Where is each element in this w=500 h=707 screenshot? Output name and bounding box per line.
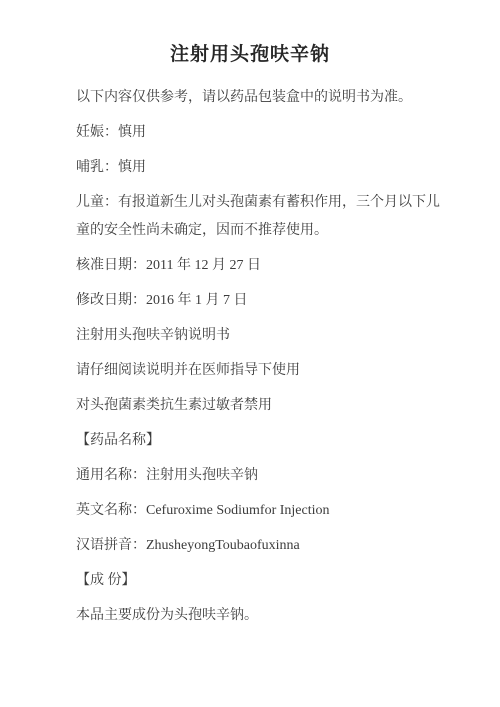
ingredients-text: 本品主要成份为头孢呋辛钠。 bbox=[76, 602, 444, 630]
lactation-note: 哺乳：慎用 bbox=[76, 154, 444, 182]
generic-name-line: 通用名称：注射用头孢呋辛钠 bbox=[76, 462, 444, 490]
children-note: 儿童：有报道新生儿对头孢菌素有蓄积作用，三个月以下儿童的安全性尚未确定，因而不推… bbox=[76, 189, 444, 245]
document-page: 注射用头孢呋辛钠 以下内容仅供参考，请以药品包装盒中的说明书为准。 妊娠：慎用 … bbox=[0, 0, 500, 707]
read-instruction-note: 请仔细阅读说明并在医师指导下使用 bbox=[76, 357, 444, 385]
disclaimer-line: 以下内容仅供参考，请以药品包装盒中的说明书为准。 bbox=[76, 84, 444, 112]
english-name-line: 英文名称：Cefuroxime Sodiumfor Injection bbox=[76, 497, 444, 525]
section-drug-name: 【药品名称】 bbox=[76, 427, 444, 455]
page-title: 注射用头孢呋辛钠 bbox=[0, 0, 500, 68]
revision-date: 修改日期：2016 年 1 月 7 日 bbox=[76, 287, 444, 315]
pregnancy-note: 妊娠：慎用 bbox=[76, 119, 444, 147]
pinyin-name-line: 汉语拼音：ZhusheyongToubaofuxinna bbox=[76, 532, 444, 560]
allergy-warning: 对头孢菌素类抗生素过敏者禁用 bbox=[76, 392, 444, 420]
approval-date: 核准日期：2011 年 12 月 27 日 bbox=[76, 252, 444, 280]
section-ingredients: 【成 份】 bbox=[76, 567, 444, 595]
insert-title-line: 注射用头孢呋辛钠说明书 bbox=[76, 322, 444, 350]
document-body: 以下内容仅供参考，请以药品包装盒中的说明书为准。 妊娠：慎用 哺乳：慎用 儿童：… bbox=[0, 68, 500, 630]
